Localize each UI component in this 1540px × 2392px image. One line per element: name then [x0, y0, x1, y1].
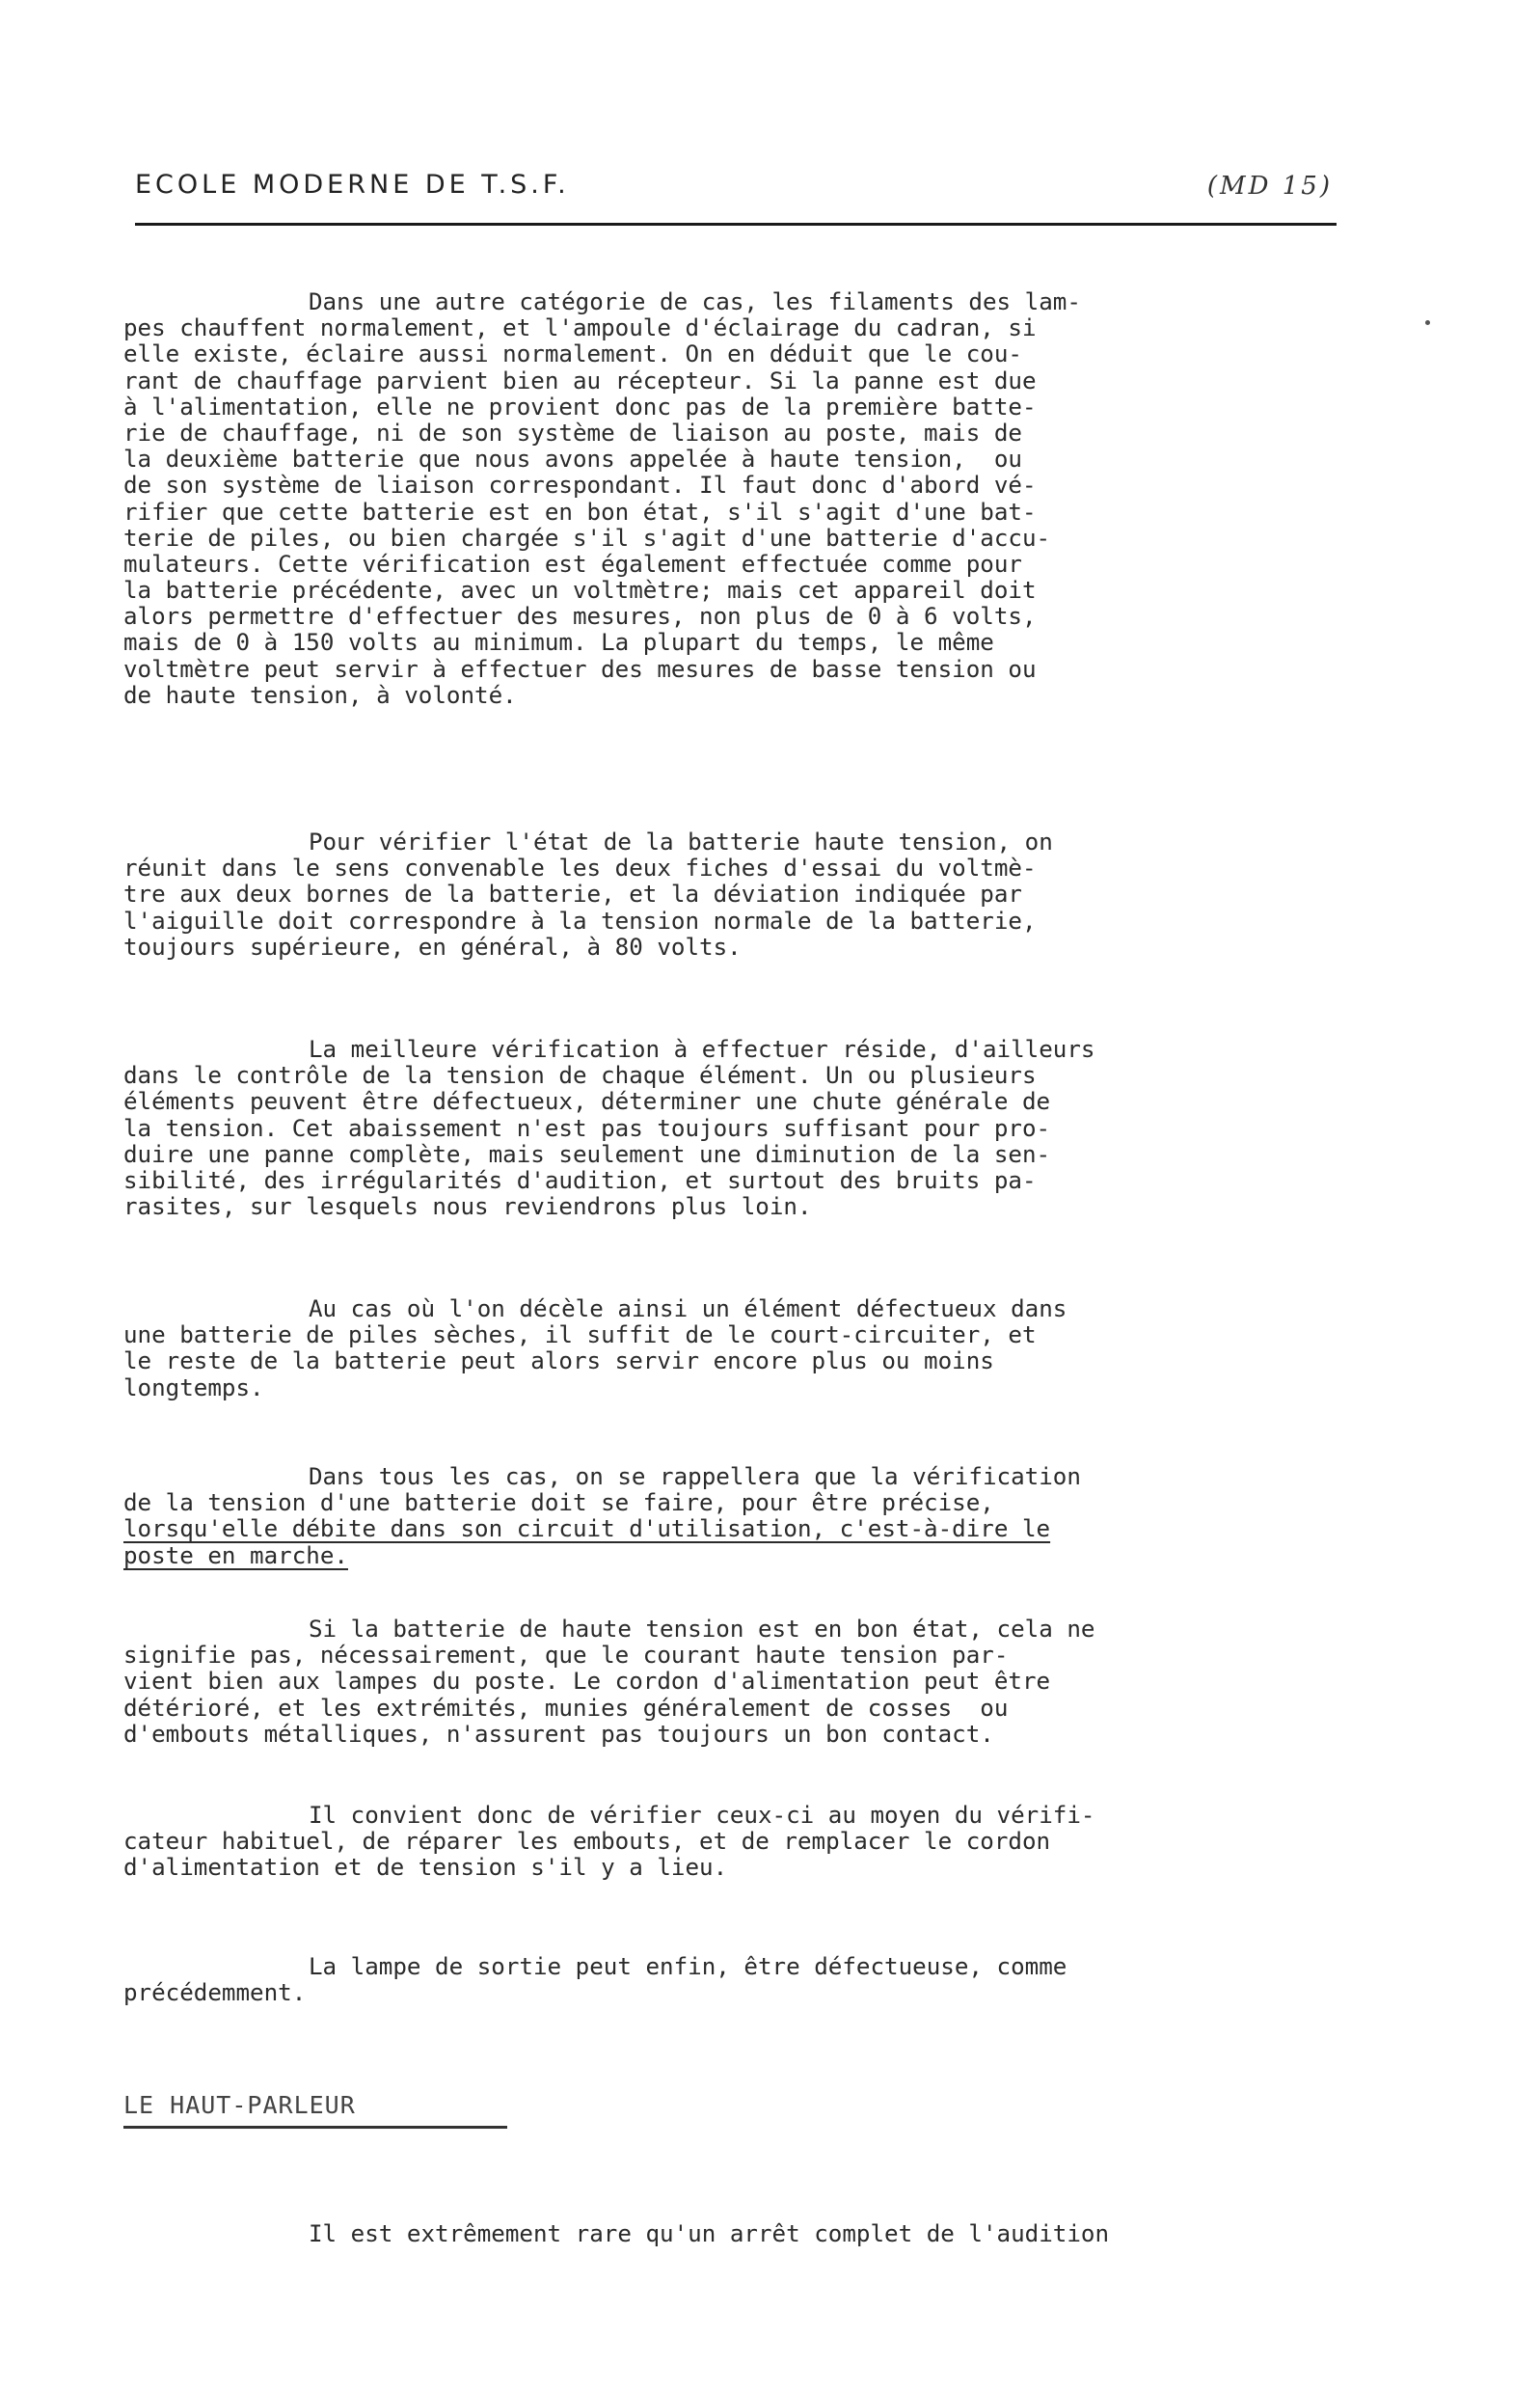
lesson-reference: (MD 15): [1207, 172, 1333, 201]
text-line: d'alimentation et de tension s'il y a li…: [123, 1855, 1094, 1881]
text-line: mulateurs. Cette vérification est égalem…: [123, 552, 1081, 578]
paragraph: Dans tous les cas, on se rappellera que …: [123, 1464, 1081, 1569]
text-line: La lampe de sortie peut enfin, être défe…: [123, 1954, 1067, 1980]
text-line: précédemment.: [123, 1980, 1067, 2006]
paragraph: La lampe de sortie peut enfin, être défe…: [123, 1954, 1067, 2006]
page-header: ECOLE MODERNE DE T.S.F. (MD 15): [135, 170, 1337, 208]
paragraph: La meilleure vérification à effectuer ré…: [123, 1037, 1094, 1220]
text-line: longtemps.: [123, 1375, 1067, 1401]
text-line: Dans une autre catégorie de cas, les fil…: [123, 289, 1081, 315]
text-line: Il est extrêmement rare qu'un arrêt comp…: [123, 2221, 1109, 2247]
paragraph: Au cas où l'on décèle ainsi un élément d…: [123, 1296, 1067, 1401]
text-line: dans le contrôle de la tension de chaque…: [123, 1063, 1094, 1089]
text-line: de la tension d'une batterie doit se fai…: [123, 1490, 1081, 1516]
text-line: la deuxième batterie que nous avons appe…: [123, 447, 1081, 473]
text-line: vient bien aux lampes du poste. Le cordo…: [123, 1669, 1094, 1695]
section-first-line: Il est extrêmement rare qu'un arrêt comp…: [123, 2169, 1109, 2300]
text-line: alors permettre d'effectuer des mesures,…: [123, 604, 1081, 630]
text-line: poste en marche.: [123, 1543, 1081, 1569]
text-line: cateur habituel, de réparer les embouts,…: [123, 1829, 1094, 1855]
text-line: voltmètre peut servir à effectuer des me…: [123, 657, 1081, 683]
school-title: ECOLE MODERNE DE T.S.F.: [135, 170, 570, 200]
paragraph: Il convient donc de vérifier ceux-ci au …: [123, 1803, 1094, 1882]
text-line: rant de chauffage parvient bien au récep…: [123, 368, 1081, 394]
scan-speck: [1425, 320, 1430, 325]
text-line: réunit dans le sens convenable les deux …: [123, 856, 1053, 882]
text-line: mais de 0 à 150 volts au minimum. La plu…: [123, 630, 1081, 656]
section-heading: LE HAUT-PARLEUR: [123, 2091, 356, 2119]
text-line: de son système de liaison correspondant.…: [123, 473, 1081, 499]
text-line: d'embouts métalliques, n'assurent pas to…: [123, 1722, 1094, 1748]
paragraph: Pour vérifier l'état de la batterie haut…: [123, 829, 1053, 961]
text-line: rasites, sur lesquels nous reviendrons p…: [123, 1194, 1094, 1220]
text-line: duire une panne complète, mais seulement…: [123, 1142, 1094, 1168]
text-line: Il convient donc de vérifier ceux-ci au …: [123, 1803, 1094, 1829]
text-line: de haute tension, à volonté.: [123, 683, 1081, 709]
text-line: l'aiguille doit correspondre à la tensio…: [123, 909, 1053, 935]
text-line: rie de chauffage, ni de son système de l…: [123, 421, 1081, 447]
text-line: le reste de la batterie peut alors servi…: [123, 1348, 1067, 1374]
text-line: Au cas où l'on décèle ainsi un élément d…: [123, 1296, 1067, 1322]
text-line: sibilité, des irrégularités d'audition, …: [123, 1168, 1094, 1194]
text-line: la tension. Cet abaissement n'est pas to…: [123, 1116, 1094, 1142]
text-line: signifie pas, nécessairement, que le cou…: [123, 1643, 1094, 1669]
header-divider: [135, 223, 1337, 226]
text-line: la batterie précédente, avec un voltmètr…: [123, 578, 1081, 604]
text-line: elle existe, éclaire aussi normalement. …: [123, 341, 1081, 367]
text-line: tre aux deux bornes de la batterie, et l…: [123, 882, 1053, 908]
text-line: détérioré, et les extrémités, munies gén…: [123, 1696, 1094, 1722]
text-line: à l'alimentation, elle ne provient donc …: [123, 394, 1081, 421]
text-line: Dans tous les cas, on se rappellera que …: [123, 1464, 1081, 1490]
text-line: toujours supérieure, en général, à 80 vo…: [123, 935, 1053, 961]
text-line: lorsqu'elle débite dans son circuit d'ut…: [123, 1516, 1081, 1542]
text-line: éléments peuvent être défectueux, déterm…: [123, 1089, 1094, 1115]
paragraph: Si la batterie de haute tension est en b…: [123, 1617, 1094, 1748]
text-line: une batterie de piles sèches, il suffit …: [123, 1322, 1067, 1348]
section-heading-underline: [123, 2126, 507, 2129]
text-line: Si la batterie de haute tension est en b…: [123, 1617, 1094, 1643]
text-line: rifier que cette batterie est en bon éta…: [123, 500, 1081, 526]
text-line: terie de piles, ou bien chargée s'il s'a…: [123, 526, 1081, 552]
text-line: pes chauffent normalement, et l'ampoule …: [123, 315, 1081, 341]
paragraph: Dans une autre catégorie de cas, les fil…: [123, 289, 1081, 709]
text-line: Pour vérifier l'état de la batterie haut…: [123, 829, 1053, 856]
document-page: ECOLE MODERNE DE T.S.F. (MD 15) Dans une…: [0, 0, 1540, 2392]
text-line: La meilleure vérification à effectuer ré…: [123, 1037, 1094, 1063]
